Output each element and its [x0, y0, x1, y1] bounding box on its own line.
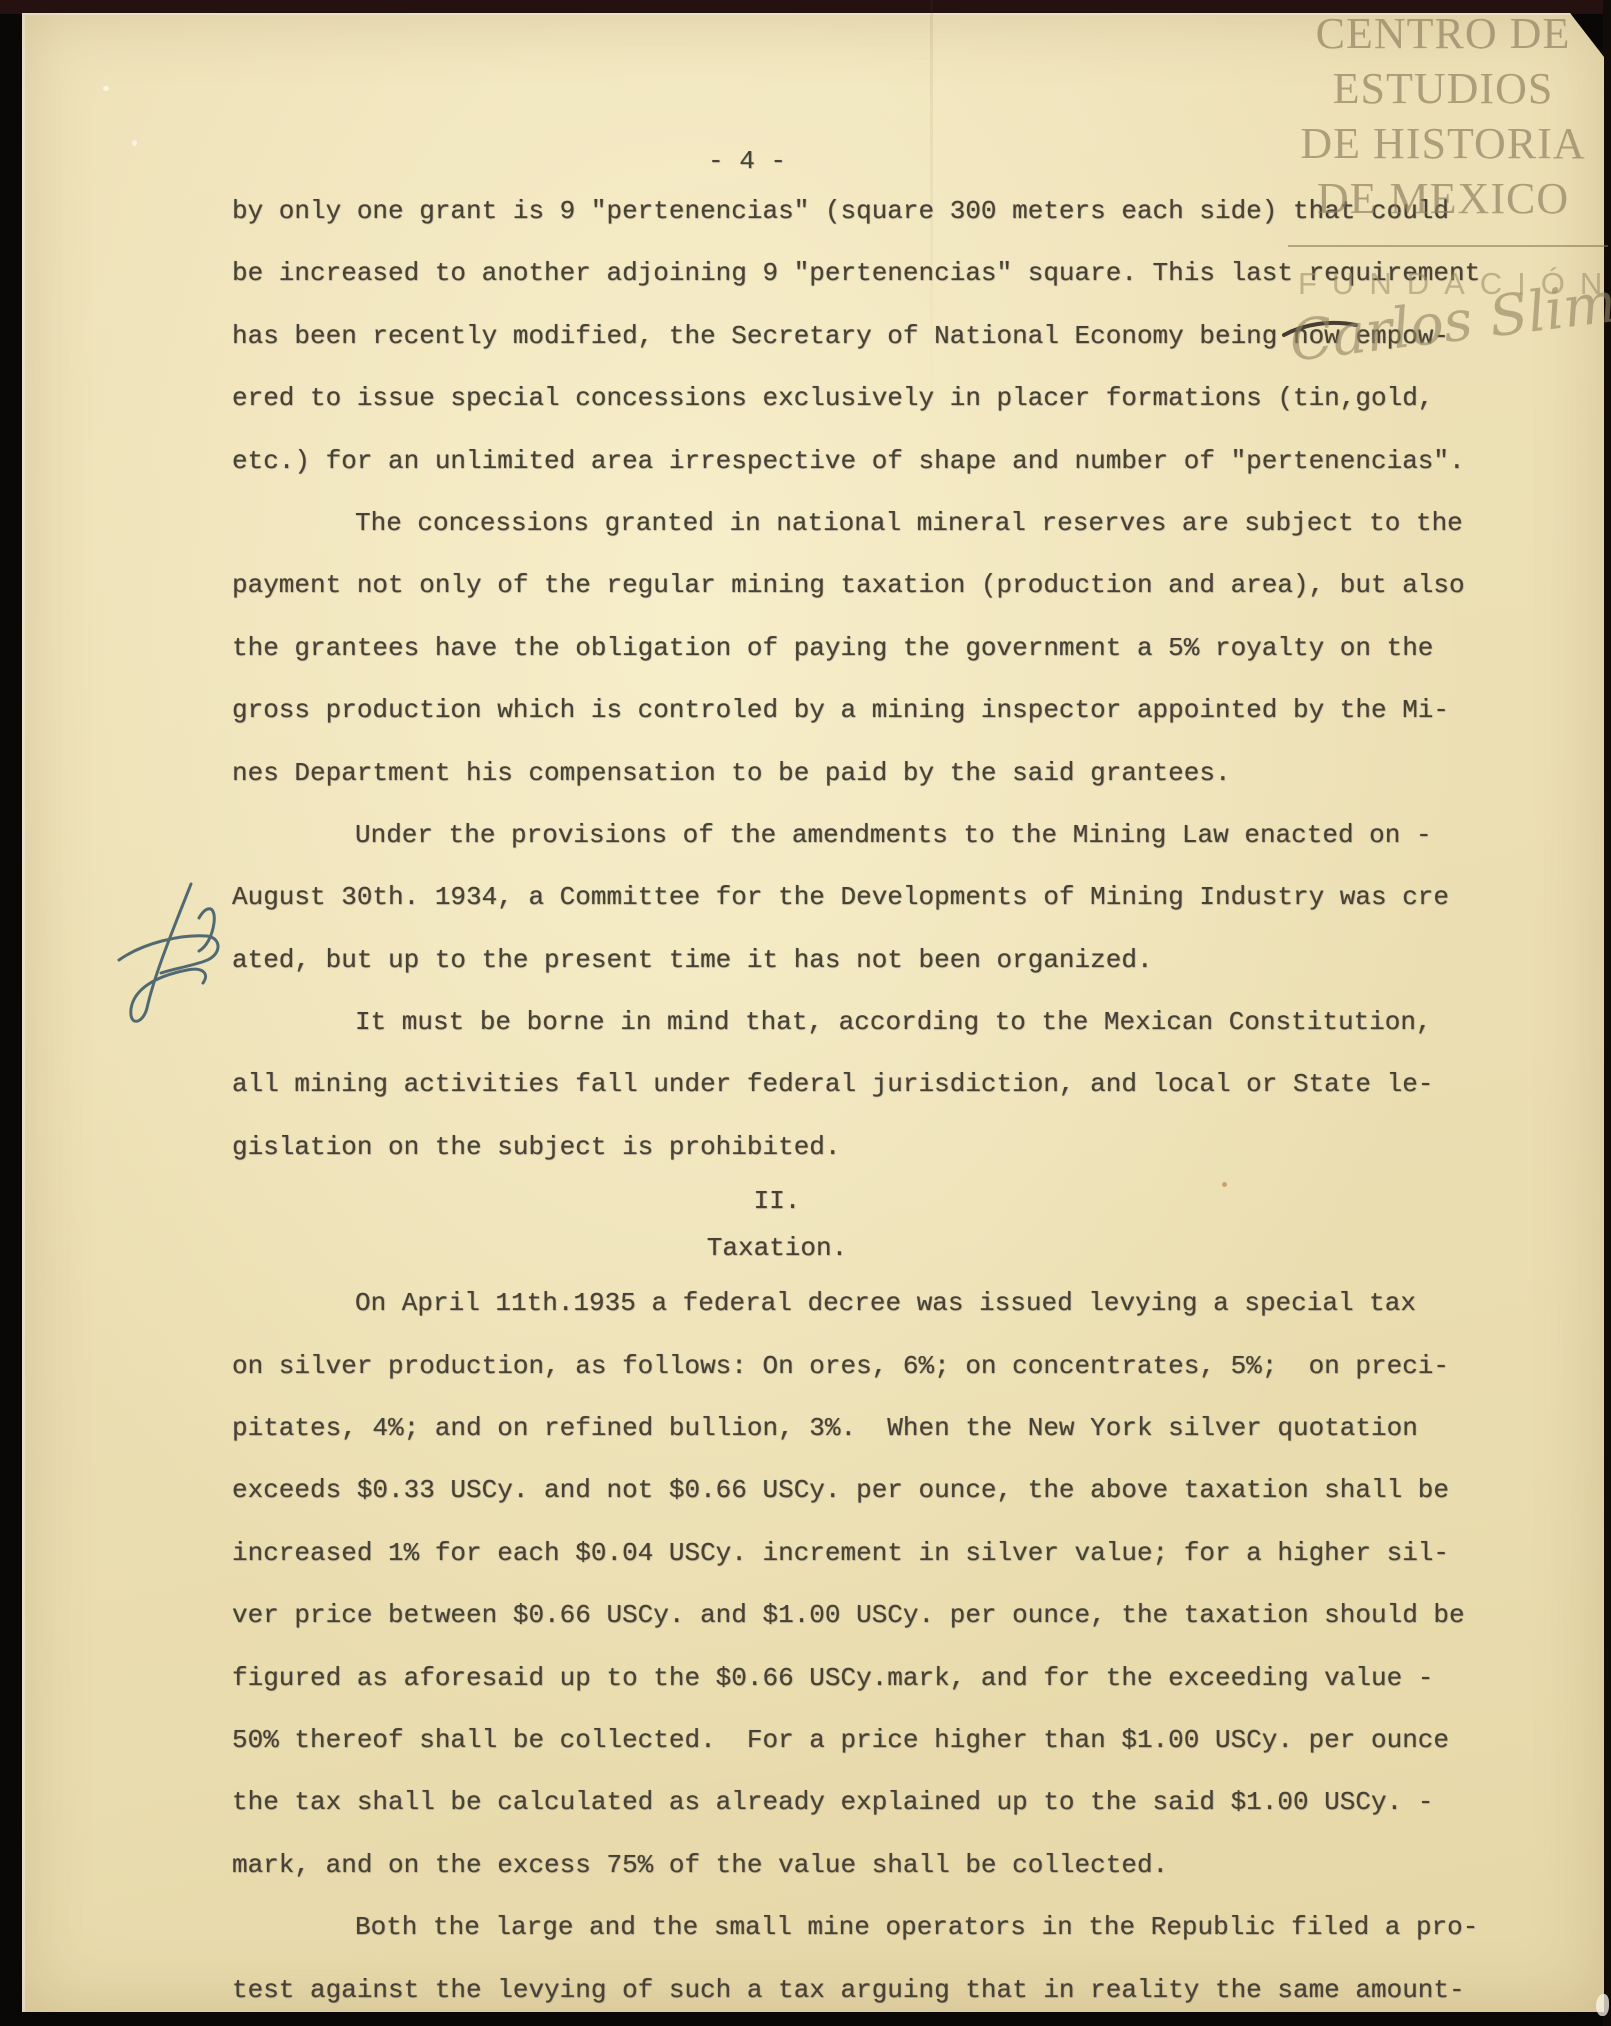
typed-line: ver price between $0.66 USCy. and $1.00 … [232, 1584, 1518, 1646]
typed-line: ered to issue special concessions exclus… [232, 367, 1518, 429]
typed-line: by only one grant is 9 "pertenencias" (s… [232, 180, 1518, 242]
typed-line: test against the levying of such a tax a… [232, 1959, 1518, 2021]
typed-line: gross production which is controled by a… [232, 679, 1518, 741]
typed-line: pitates, 4%; and on refined bullion, 3%.… [232, 1397, 1518, 1459]
ink-strikethrough-icon [1280, 316, 1360, 342]
typed-line: August 30th. 1934, a Committee for the D… [232, 866, 1518, 928]
typed-line: Under the provisions of the amendments t… [232, 804, 1518, 866]
typed-line: mark, and on the excess 75% of the value… [232, 1834, 1518, 1896]
typed-line: Both the large and the small mine operat… [232, 1896, 1518, 1958]
typed-line: all mining activities fall under federal… [232, 1053, 1518, 1115]
typed-line: nes Department his compensation to be pa… [232, 742, 1518, 804]
typed-line: II. [232, 1178, 1322, 1225]
typed-line: On April 11th.1935 a federal decree was … [232, 1272, 1518, 1334]
typed-line: be increased to another adjoining 9 "per… [232, 242, 1518, 304]
typed-line: etc.) for an unlimited area irrespective… [232, 430, 1518, 492]
typed-line: on silver production, as follows: On ore… [232, 1335, 1518, 1397]
typed-line: It must be borne in mind that, according… [232, 991, 1518, 1053]
typed-line: ated, but up to the present time it has … [232, 929, 1518, 991]
scan-frame-top [0, 0, 1611, 14]
typed-line: payment not only of the regular mining t… [232, 554, 1518, 616]
age-speck [103, 86, 109, 91]
scan-frame-right [1603, 0, 1611, 2026]
paper-corner-glint [1596, 1994, 1609, 2016]
margin-ink-scribble-icon [103, 876, 231, 1028]
age-speck [132, 140, 137, 146]
typed-line: figured as aforesaid up to the $0.66 USC… [232, 1647, 1518, 1709]
page-number: - 4 - [232, 146, 1262, 176]
typed-line: Taxation. [232, 1225, 1322, 1272]
typed-line: 50% thereof shall be collected. For a pr… [232, 1709, 1518, 1771]
typed-line: The concessions granted in national mine… [232, 492, 1518, 554]
scanned-page: - 4 - by only one grant is 9 "pertenenci… [0, 0, 1611, 2026]
typed-line: the tax shall be calculated as already e… [232, 1771, 1518, 1833]
typed-line: the grantees have the obligation of payi… [232, 617, 1518, 679]
typed-line: exceeds $0.33 USCy. and not $0.66 USCy. … [232, 1459, 1518, 1521]
typed-line: increased 1% for each $0.04 USCy. increm… [232, 1522, 1518, 1584]
typed-text-block: by only one grant is 9 "pertenencias" (s… [232, 180, 1518, 2021]
typed-line: gislation on the subject is prohibited. [232, 1116, 1518, 1178]
